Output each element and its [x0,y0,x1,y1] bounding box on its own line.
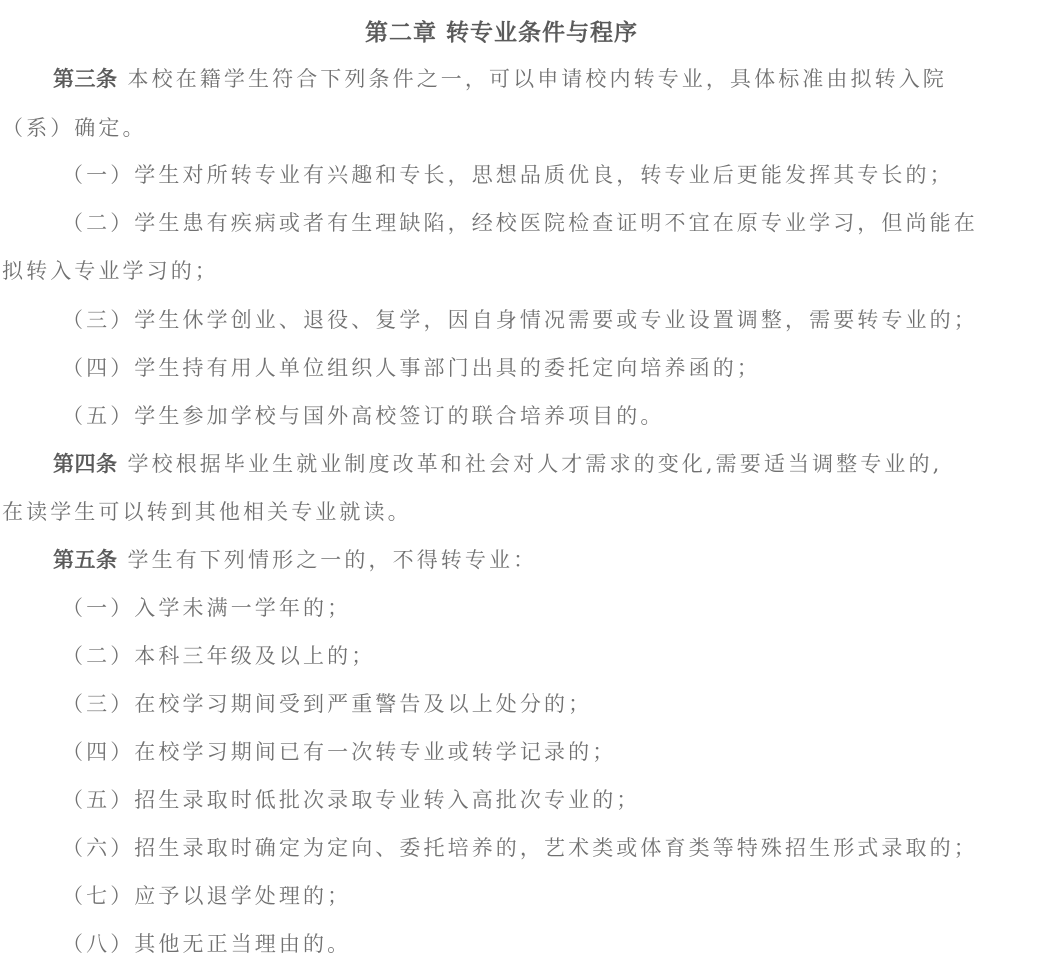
article-3-item-2-cont: 拟转入专业学习的； [2,256,219,286]
article-4-line-1: 第四条学校根据毕业生就业制度改革和社会对人才需求的变化,需要适当调整专业的, [53,449,942,479]
article-3-line-2: （系）确定。 [2,113,147,143]
article-4-text: 学校根据毕业生就业制度改革和社会对人才需求的变化,需要适当调整专业的, [128,452,943,476]
article-5-text: 学生有下列情形之一的，不得转专业： [128,548,538,572]
article-5-item-2: （二）本科三年级及以上的； [62,641,375,671]
article-5-item-5: （五）招生录取时低批次录取专业转入高批次专业的； [62,785,640,815]
article-4-label: 第四条 [53,452,118,476]
article-5-item-7: （七）应予以退学处理的； [62,881,351,911]
article-5-item-8: （八）其他无正当理由的。 [62,929,351,959]
article-5-item-6: （六）招生录取时确定为定向、委托培养的，艺术类或体育类等特殊招生形式录取的； [62,833,978,863]
article-5-label: 第五条 [53,548,118,572]
article-3-text: 本校在籍学生符合下列条件之一，可以申请校内转专业，具体标准由拟转入院 [128,67,947,91]
article-5-item-4: （四）在校学习期间已有一次转专业或转学记录的； [62,737,616,767]
article-4-line-2: 在读学生可以转到其他相关专业就读。 [2,497,412,527]
article-5-line-1: 第五条学生有下列情形之一的，不得转专业： [53,545,537,575]
chapter-title: 第二章 转专业条件与程序 [0,14,1003,47]
article-3-item-2: （二）学生患有疾病或者有生理缺陷，经校医院检查证明不宜在原专业学习，但尚能在 [62,208,978,238]
article-5-item-1: （一）入学未满一学年的； [62,593,351,623]
article-3-line-1: 第三条本校在籍学生符合下列条件之一，可以申请校内转专业，具体标准由拟转入院 [53,64,947,94]
article-3-item-3: （三）学生休学创业、退役、复学，因自身情况需要或专业设置调整，需要转专业的； [62,305,978,335]
article-5-item-3: （三）在校学习期间受到严重警告及以上处分的； [62,689,592,719]
article-3-item-4: （四）学生持有用人单位组织人事部门出具的委托定向培养函的； [62,353,761,383]
article-3-item-1: （一）学生对所转专业有兴趣和专长，思想品质优良，转专业后更能发挥其专长的； [62,160,954,190]
article-3-label: 第三条 [53,67,118,91]
document-page: 第二章 转专业条件与程序 第三条本校在籍学生符合下列条件之一，可以申请校内转专业… [0,0,1059,972]
article-3-item-5: （五）学生参加学校与国外高校签订的联合培养项目的。 [62,401,665,431]
